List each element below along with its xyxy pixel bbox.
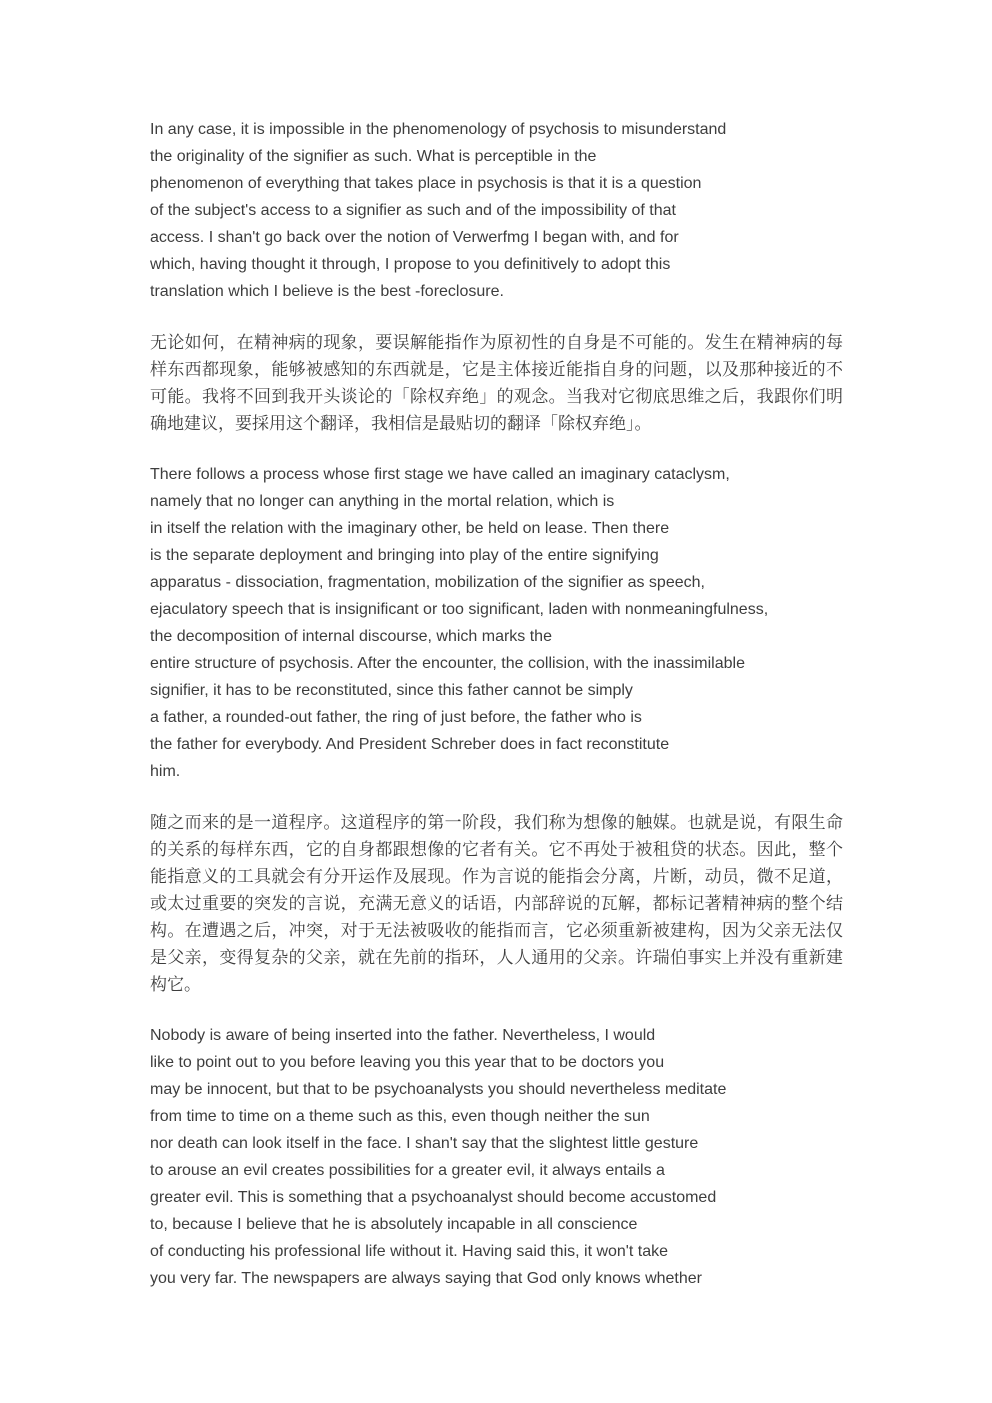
text-line: access. I shan't go back over the notion… [150,224,843,251]
text-line: 随之而来的是一道程序。这道程序的第一阶段，我们称为想像的触媒。也就是说，有限生命 [150,809,843,836]
text-line: translation which I believe is the best … [150,278,843,305]
text-line: 或太过重要的突发的言说，充满无意义的话语，内部辞说的瓦解，都标记著精神病的整个结 [150,890,843,917]
text-line: 是父亲，变得复杂的父亲，就在先前的指环，人人通用的父亲。许瑞伯事实上并没有重新建 [150,944,843,971]
text-line: from time to time on a theme such as thi… [150,1103,843,1130]
paragraph-english-3: Nobody is aware of being inserted into t… [150,1022,843,1292]
text-line: greater evil. This is something that a p… [150,1184,843,1211]
text-line: you very far. The newspapers are always … [150,1265,843,1292]
paragraph-english-2: There follows a process whose first stag… [150,461,843,785]
text-line: apparatus - dissociation, fragmentation,… [150,569,843,596]
text-line: to arouse an evil creates possibilities … [150,1157,843,1184]
text-line: There follows a process whose first stag… [150,461,843,488]
text-line: the decomposition of internal discourse,… [150,623,843,650]
text-line: in itself the relation with the imaginar… [150,515,843,542]
text-line: 确地建议，要採用这个翻译，我相信是最贴切的翻译「除权弃绝」。 [150,410,843,437]
text-line: 构它。 [150,971,843,998]
text-line: Nobody is aware of being inserted into t… [150,1022,843,1049]
paragraph-chinese-1: 无论如何，在精神病的现象，要误解能指作为原初性的自身是不可能的。发生在精神病的每… [150,329,843,437]
text-line: him. [150,758,843,785]
text-line: 样东西都现象，能够被感知的东西就是，它是主体接近能指自身的问题，以及那种接近的不 [150,356,843,383]
text-line: namely that no longer can anything in th… [150,488,843,515]
text-line: In any case, it is impossible in the phe… [150,116,843,143]
text-line: phenomenon of everything that takes plac… [150,170,843,197]
text-line: to, because I believe that he is absolut… [150,1211,843,1238]
paragraph-chinese-2: 随之而来的是一道程序。这道程序的第一阶段，我们称为想像的触媒。也就是说，有限生命… [150,809,843,998]
text-line: 的关系的每样东西，它的自身都跟想像的它者有关。它不再处于被租贷的状态。因此，整个 [150,836,843,863]
text-line: signifier, it has to be reconstituted, s… [150,677,843,704]
text-line: entire structure of psychosis. After the… [150,650,843,677]
text-line: 能指意义的工具就会有分开运作及展现。作为言说的能指会分离，片断，动员，微不足道， [150,863,843,890]
text-line: ejaculatory speech that is insignificant… [150,596,843,623]
text-line: of the subject's access to a signifier a… [150,197,843,224]
text-line: may be innocent, but that to be psychoan… [150,1076,843,1103]
text-line: nor death can look itself in the face. I… [150,1130,843,1157]
text-line: 构。在遭遇之后，冲突，对于无法被吸收的能指而言，它必须重新被建构，因为父亲无法仅 [150,917,843,944]
text-line: the originality of the signifier as such… [150,143,843,170]
text-line: 可能。我将不回到我开头谈论的「除权弃绝」的观念。当我对它彻底思维之后，我跟你们明 [150,383,843,410]
text-line: a father, a rounded-out father, the ring… [150,704,843,731]
text-line: which, having thought it through, I prop… [150,251,843,278]
text-line: 无论如何，在精神病的现象，要误解能指作为原初性的自身是不可能的。发生在精神病的每 [150,329,843,356]
document-page: In any case, it is impossible in the phe… [0,0,992,1403]
text-line: of conducting his professional life with… [150,1238,843,1265]
text-line: is the separate deployment and bringing … [150,542,843,569]
text-line: the father for everybody. And President … [150,731,843,758]
paragraph-english-1: In any case, it is impossible in the phe… [150,116,843,305]
text-line: like to point out to you before leaving … [150,1049,843,1076]
